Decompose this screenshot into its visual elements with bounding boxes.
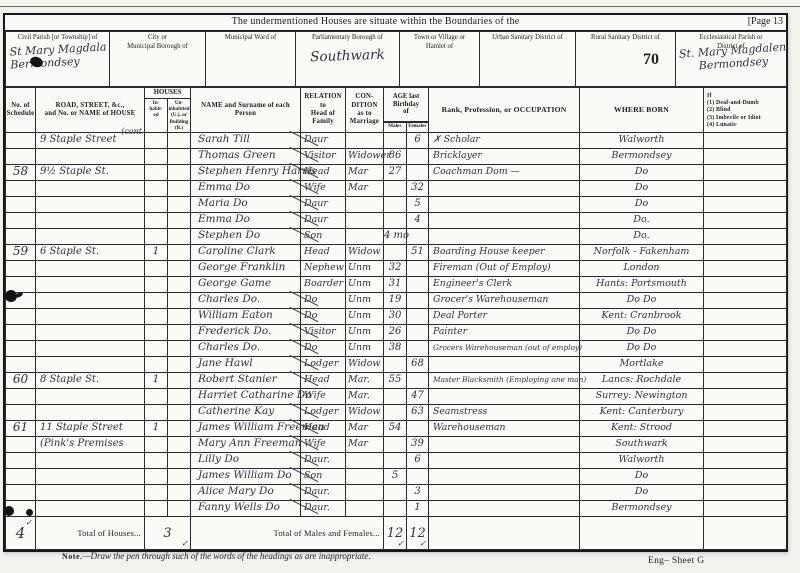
totals-empty-occupation <box>429 517 580 550</box>
where-born: Bermondsey <box>580 149 704 165</box>
age-female <box>407 469 429 485</box>
column-header-infirmities: If (1) Deaf-and-Dumb (2) Blind (3) Imbec… <box>704 88 787 133</box>
uninhabited-mark <box>168 181 191 197</box>
inhabited-mark <box>145 357 168 373</box>
occupation: Grocers Warehouseman (out of employ) <box>429 341 580 357</box>
age-female <box>407 293 429 309</box>
age-male <box>384 437 407 453</box>
relation: Head <box>301 245 346 261</box>
occupation: Coachman Dom — <box>429 165 580 181</box>
condition <box>346 197 384 213</box>
address: 9½ Staple St. <box>36 165 145 181</box>
schedule-number: 60 <box>6 373 36 389</box>
where-born: Do Do <box>580 325 704 341</box>
address <box>36 149 145 165</box>
municipal-borough-cell: City or Municipal Borough of <box>110 32 206 87</box>
inhabited-mark: 1 <box>145 245 168 261</box>
address <box>36 181 145 197</box>
person-name: James William Do <box>191 469 301 485</box>
uninhabited-mark <box>168 341 191 357</box>
ecclesiastical-parish-cell: Ecclesiastical Parish or District of St.… <box>676 32 787 87</box>
person-name: Emma Do <box>191 213 301 229</box>
column-header-houses: HOUSES In- habit- ed Un- inhabited (U.),… <box>145 88 191 133</box>
where-born: Do. <box>580 213 704 229</box>
where-born: Do. <box>580 229 704 245</box>
where-born: Kent: Canterbury <box>580 405 704 421</box>
address <box>36 405 145 421</box>
infirmity <box>704 213 787 229</box>
table-row: Frederick Do.VisitorUnm26PainterDo Do <box>6 325 787 341</box>
uninhabited-mark <box>168 149 191 165</box>
person-name: Catherine Kay <box>191 405 301 421</box>
age-female: 68 <box>407 357 429 373</box>
condition: Mar. <box>346 373 384 389</box>
age-male: 5 <box>384 469 407 485</box>
schedule-number <box>6 389 36 405</box>
enumeration-table: No. of Schedule ROAD, STREET, &c., and N… <box>5 87 787 550</box>
condition <box>346 501 384 517</box>
inhabited-mark <box>145 165 168 181</box>
municipal-ward-label: Municipal Ward of <box>206 32 295 43</box>
infirmity <box>704 373 787 389</box>
person-name: Robert Stanier <box>191 373 301 389</box>
table-row: Maria DoDaur5Do <box>6 197 787 213</box>
table-row: Stephen DoSon4 moDo. <box>6 229 787 245</box>
age-female <box>407 165 429 181</box>
age-female <box>407 421 429 437</box>
age-female <box>407 149 429 165</box>
age-male <box>384 501 407 517</box>
age-male: 26 <box>384 325 407 341</box>
occupation: Master Blacksmith (Employing one man) <box>429 373 580 389</box>
column-header-occupation: Rank, Profession, or OCCUPATION <box>429 88 580 133</box>
uninhabited-label: Un- inhabited (U.), or Building (B.) <box>167 99 190 132</box>
age-female <box>407 341 429 357</box>
condition <box>346 485 384 501</box>
occupation <box>429 485 580 501</box>
relation: Boarder <box>301 277 346 293</box>
age-female: 5 <box>407 197 429 213</box>
uninhabited-mark <box>168 453 191 469</box>
inhabited-mark <box>145 485 168 501</box>
age-female <box>407 277 429 293</box>
age-male: 30 <box>384 309 407 325</box>
occupation <box>429 389 580 405</box>
column-header-schedule: No. of Schedule <box>6 88 36 133</box>
age-male <box>384 181 407 197</box>
where-born: Walworth <box>580 133 704 149</box>
age-male <box>384 197 407 213</box>
uninhabited-mark <box>168 389 191 405</box>
uninhabited-mark <box>168 325 191 341</box>
infirmity <box>704 245 787 261</box>
schedule-number <box>6 229 36 245</box>
age-male <box>384 133 407 149</box>
condition: Widow <box>346 357 384 373</box>
schedule-number <box>6 469 36 485</box>
infirmity <box>704 341 787 357</box>
infirmity <box>704 485 787 501</box>
where-born: Do <box>580 197 704 213</box>
inhabited-mark <box>145 293 168 309</box>
infirmity <box>704 277 787 293</box>
table-row: William EatonDoUnm30Deal PorterKent: Cra… <box>6 309 787 325</box>
ink-blot <box>4 506 14 516</box>
address <box>36 309 145 325</box>
age-female: 1 <box>407 501 429 517</box>
inhabited-mark <box>145 229 168 245</box>
schedule-number <box>6 133 36 149</box>
schedule-number <box>6 149 36 165</box>
column-header-condition: CON- DITION as to Marriage <box>346 88 384 133</box>
age-female: 39 <box>407 437 429 453</box>
person-name: Stephen Do <box>191 229 301 245</box>
person-name: Frederick Do. <box>191 325 301 341</box>
infirmity <box>704 421 787 437</box>
schedule-number <box>6 437 36 453</box>
condition: Unm <box>346 341 384 357</box>
where-born: Walworth <box>580 453 704 469</box>
age-female <box>407 229 429 245</box>
person-name: George Franklin <box>191 261 301 277</box>
municipal-ward-cell: Municipal Ward of <box>206 32 296 87</box>
infirmity <box>704 181 787 197</box>
inhabited-label: In- habit- ed <box>145 99 167 132</box>
age-female <box>407 309 429 325</box>
infirmity <box>704 437 787 453</box>
uninhabited-mark <box>168 213 191 229</box>
infirmity <box>704 165 787 181</box>
condition: Mar <box>346 421 384 437</box>
schedule-number <box>6 261 36 277</box>
ink-blot <box>5 290 17 302</box>
uninhabited-mark <box>168 357 191 373</box>
person-name: Charles Do. <box>191 341 301 357</box>
municipal-borough-label: City or Municipal Borough of <box>110 32 205 52</box>
uninhabited-mark <box>168 293 191 309</box>
census-sheet: The undermentioned Houses are situate wi… <box>3 13 788 552</box>
schedule-number <box>6 309 36 325</box>
inhabited-mark <box>145 149 168 165</box>
occupation <box>429 437 580 453</box>
condition: Unm <box>346 325 384 341</box>
table-row: Alice Mary DoDaur.3Do <box>6 485 787 501</box>
person-name: William Eaton <box>191 309 301 325</box>
uninhabited-mark <box>168 245 191 261</box>
infirmity <box>704 229 787 245</box>
table-row: Emma DoDaur4Do. <box>6 213 787 229</box>
address <box>36 213 145 229</box>
town-village-cell: Town or Village or Hamlet of <box>400 32 480 87</box>
condition: Unm <box>346 277 384 293</box>
table-row: Charles Do.DoUnm38Grocers Warehouseman (… <box>6 341 787 357</box>
age-male <box>384 213 407 229</box>
occupation: Fireman (Out of Employ) <box>429 261 580 277</box>
address <box>36 277 145 293</box>
inhabited-mark: 1 <box>145 373 168 389</box>
table-row: Emma DoWifeMar32Do <box>6 181 787 197</box>
inhabited-mark <box>145 133 168 149</box>
address <box>36 469 145 485</box>
total-males-females-label: Total of Males and Females... <box>191 517 384 550</box>
condition <box>346 213 384 229</box>
condition: Widow <box>346 245 384 261</box>
form-title-bar: The undermentioned Houses are situate wi… <box>5 15 786 31</box>
address: 6 Staple St. <box>36 245 145 261</box>
person-name: Caroline Clark <box>191 245 301 261</box>
infirmity <box>704 197 787 213</box>
page-top-edge <box>0 6 800 7</box>
table-row: Harriet Catharine DoWifeMar.47Surrey: Ne… <box>6 389 787 405</box>
ink-blot <box>26 509 33 516</box>
occupation: Grocer's Warehouseman <box>429 293 580 309</box>
uninhabited-mark <box>168 405 191 421</box>
rural-sanitary-cell: Rural Sanitary District of 70 <box>576 32 676 87</box>
age-male: 54 <box>384 421 407 437</box>
address <box>36 389 145 405</box>
uninhabited-mark <box>168 261 191 277</box>
inhabited-mark <box>145 469 168 485</box>
address <box>36 261 145 277</box>
schedule-number <box>6 181 36 197</box>
uninhabited-mark <box>168 485 191 501</box>
where-born: Bermondsey <box>580 501 704 517</box>
person-rows: 9 Staple Street(contSarah TillDaur6✗ Sch… <box>6 133 787 517</box>
schedule-number <box>6 357 36 373</box>
infirmity <box>704 133 787 149</box>
address <box>36 485 145 501</box>
age-male <box>384 357 407 373</box>
occupation <box>429 453 580 469</box>
infirmity <box>704 309 787 325</box>
occupation: Engineer's Clerk <box>429 277 580 293</box>
age-female: 3 <box>407 485 429 501</box>
uninhabited-mark <box>168 133 191 149</box>
inhabited-mark <box>145 453 168 469</box>
person-name: Charles Do. <box>191 293 301 309</box>
schedule-number: 59 <box>6 245 36 261</box>
table-row: George FranklinNephewUnm32Fireman (Out o… <box>6 261 787 277</box>
uninhabited-mark <box>168 437 191 453</box>
inhabited-mark <box>145 213 168 229</box>
age-male <box>384 405 407 421</box>
table-row: 6111 Staple Street1James William Freeman… <box>6 421 787 437</box>
condition: Unm <box>346 293 384 309</box>
age-male: 38 <box>384 341 407 357</box>
where-born: Hants: Portsmouth <box>580 277 704 293</box>
table-row: (Pink's PremisesMary Ann FreemanWifeMar3… <box>6 437 787 453</box>
table-row: James William DoSon5Do <box>6 469 787 485</box>
uninhabited-mark <box>168 197 191 213</box>
person-name: George Game <box>191 277 301 293</box>
condition: Widower <box>346 149 384 165</box>
schedule-number <box>6 485 36 501</box>
address: (Pink's Premises <box>36 437 145 453</box>
inhabited-mark <box>145 277 168 293</box>
age-male <box>384 453 407 469</box>
table-row: 596 Staple St.1Caroline ClarkHeadWidow51… <box>6 245 787 261</box>
civil-parish-cell: Civil Parish [or Township] of St Mary Ma… <box>6 32 110 87</box>
infirmity <box>704 453 787 469</box>
uninhabited-mark <box>168 469 191 485</box>
where-born: Norfolk - Fakenham <box>580 245 704 261</box>
where-born: Do <box>580 181 704 197</box>
page-number: [Page 13 <box>748 16 783 27</box>
age-female: 6 <box>407 453 429 469</box>
condition <box>346 229 384 245</box>
infirmity <box>704 261 787 277</box>
schedule-number <box>6 213 36 229</box>
uninhabited-mark <box>168 277 191 293</box>
inhabited-mark <box>145 325 168 341</box>
schedule-number <box>6 341 36 357</box>
females-label: Females <box>406 123 429 132</box>
males-label: Males <box>384 123 406 132</box>
table-row: Charles Do.DoUnm19Grocer's WarehousemanD… <box>6 293 787 309</box>
town-village-label: Town or Village or Hamlet of <box>400 32 479 52</box>
urban-sanitary-cell: Urban Sanitary District of <box>480 32 576 87</box>
age-label: AGE last Birthday of <box>384 88 428 122</box>
person-name: Emma Do <box>191 181 301 197</box>
age-female: 47 <box>407 389 429 405</box>
schedule-number <box>6 453 36 469</box>
table-row: 589½ Staple St.Stephen Henry HarrisHeadM… <box>6 165 787 181</box>
infirmity <box>704 469 787 485</box>
inhabited-mark <box>145 181 168 197</box>
age-male: 55 <box>384 373 407 389</box>
totals-empty-infirmity <box>704 517 787 550</box>
address-note: (cont <box>121 125 142 138</box>
age-male: 27 <box>384 165 407 181</box>
schedule-number: 61 <box>6 421 36 437</box>
where-born: Do Do <box>580 341 704 357</box>
inhabited-mark <box>145 309 168 325</box>
occupation <box>429 181 580 197</box>
uninhabited-mark <box>168 373 191 389</box>
infirmity <box>704 357 787 373</box>
address <box>36 453 145 469</box>
person-name: Jane Hawl <box>191 357 301 373</box>
address <box>36 341 145 357</box>
occupation <box>429 197 580 213</box>
age-male: 32 <box>384 261 407 277</box>
infirmity <box>704 405 787 421</box>
total-females-value: 12✓ <box>407 517 429 550</box>
condition: Unm <box>346 261 384 277</box>
person-name: Maria Do <box>191 197 301 213</box>
table-row: 9 Staple Street(contSarah TillDaur6✗ Sch… <box>6 133 787 149</box>
person-name: Stephen Henry Harris <box>191 165 301 181</box>
condition: Unm <box>346 309 384 325</box>
address <box>36 229 145 245</box>
parliamentary-borough-label: Parliamentary Borough of <box>296 32 399 43</box>
person-name: Alice Mary Do <box>191 485 301 501</box>
schedule-number <box>6 325 36 341</box>
rural-sanitary-value: 70 <box>576 51 675 69</box>
address <box>36 325 145 341</box>
civil-parish-value: St Mary Magdala Bermondsey <box>5 41 109 72</box>
person-name: Mary Ann Freeman <box>191 437 301 453</box>
condition: Widow <box>346 405 384 421</box>
inhabited-mark <box>145 261 168 277</box>
inhabited-mark <box>145 405 168 421</box>
form-title: The undermentioned Houses are situate wi… <box>5 16 746 27</box>
address: 11 Staple Street <box>36 421 145 437</box>
condition: Mar <box>346 165 384 181</box>
column-header-age: AGE last Birthday of Males Females <box>384 88 429 133</box>
inhabited-mark <box>145 197 168 213</box>
column-header-relation: RELATION to Head of Family <box>301 88 346 133</box>
age-female <box>407 261 429 277</box>
occupation <box>429 229 580 245</box>
where-born: Lancs: Rochdale <box>580 373 704 389</box>
schedule-number <box>6 405 36 421</box>
condition: Mar <box>346 181 384 197</box>
person-name: Fanny Wells Do <box>191 501 301 517</box>
column-header-where-born: WHERE BORN <box>580 88 704 133</box>
inhabited-mark: 1 <box>145 421 168 437</box>
age-female: 51 <box>407 245 429 261</box>
total-houses-label: Total of Houses... <box>36 517 145 550</box>
uninhabited-mark <box>168 165 191 181</box>
table-row: Catherine KayLodgerWidow63SeamstressKent… <box>6 405 787 421</box>
occupation: ✗ Scholar <box>429 133 580 149</box>
where-born: Do <box>580 469 704 485</box>
uninhabited-mark <box>168 501 191 517</box>
occupation <box>429 469 580 485</box>
address: 9 Staple Street(cont <box>36 133 145 149</box>
total-houses-value: 3✓ <box>145 517 191 550</box>
occupation: Deal Porter <box>429 309 580 325</box>
houses-label: HOUSES <box>145 88 190 99</box>
where-born: Do <box>580 485 704 501</box>
infirmity <box>704 501 787 517</box>
infirmity <box>704 293 787 309</box>
parliamentary-borough-cell: Parliamentary Borough of Southwark <box>296 32 400 87</box>
totals-empty-where-born <box>580 517 704 550</box>
urban-sanitary-label: Urban Sanitary District of <box>480 32 575 43</box>
condition: Mar <box>346 437 384 453</box>
occupation <box>429 213 580 229</box>
where-born: Do Do <box>580 293 704 309</box>
person-name: Sarah Till <box>191 133 301 149</box>
occupation: Boarding House keeper <box>429 245 580 261</box>
address <box>36 293 145 309</box>
where-born: Surrey: Newington <box>580 389 704 405</box>
where-born: Southwark <box>580 437 704 453</box>
infirmity <box>704 325 787 341</box>
inhabited-mark <box>145 501 168 517</box>
inhabited-mark <box>145 341 168 357</box>
totals-schedule-mark: 4✓ <box>6 517 36 550</box>
table-row: Fanny Wells DoDaur.1Bermondsey <box>6 501 787 517</box>
age-male: 4 mo <box>384 229 407 245</box>
person-name: Harriet Catharine Do <box>191 389 301 405</box>
parliamentary-borough-value: Southwark <box>296 47 399 66</box>
column-header-name: NAME and Surname of each Person <box>191 88 301 133</box>
inhabited-mark <box>145 437 168 453</box>
where-born: London <box>580 261 704 277</box>
where-born: Kent: Cranbrook <box>580 309 704 325</box>
occupation: Warehouseman <box>429 421 580 437</box>
total-males-value: 12✓ <box>384 517 407 550</box>
age-female: 4 <box>407 213 429 229</box>
where-born: Do <box>580 165 704 181</box>
where-born: Mortlake <box>580 357 704 373</box>
rural-sanitary-label: Rural Sanitary District of <box>576 32 675 43</box>
age-female: 63 <box>407 405 429 421</box>
address <box>36 197 145 213</box>
